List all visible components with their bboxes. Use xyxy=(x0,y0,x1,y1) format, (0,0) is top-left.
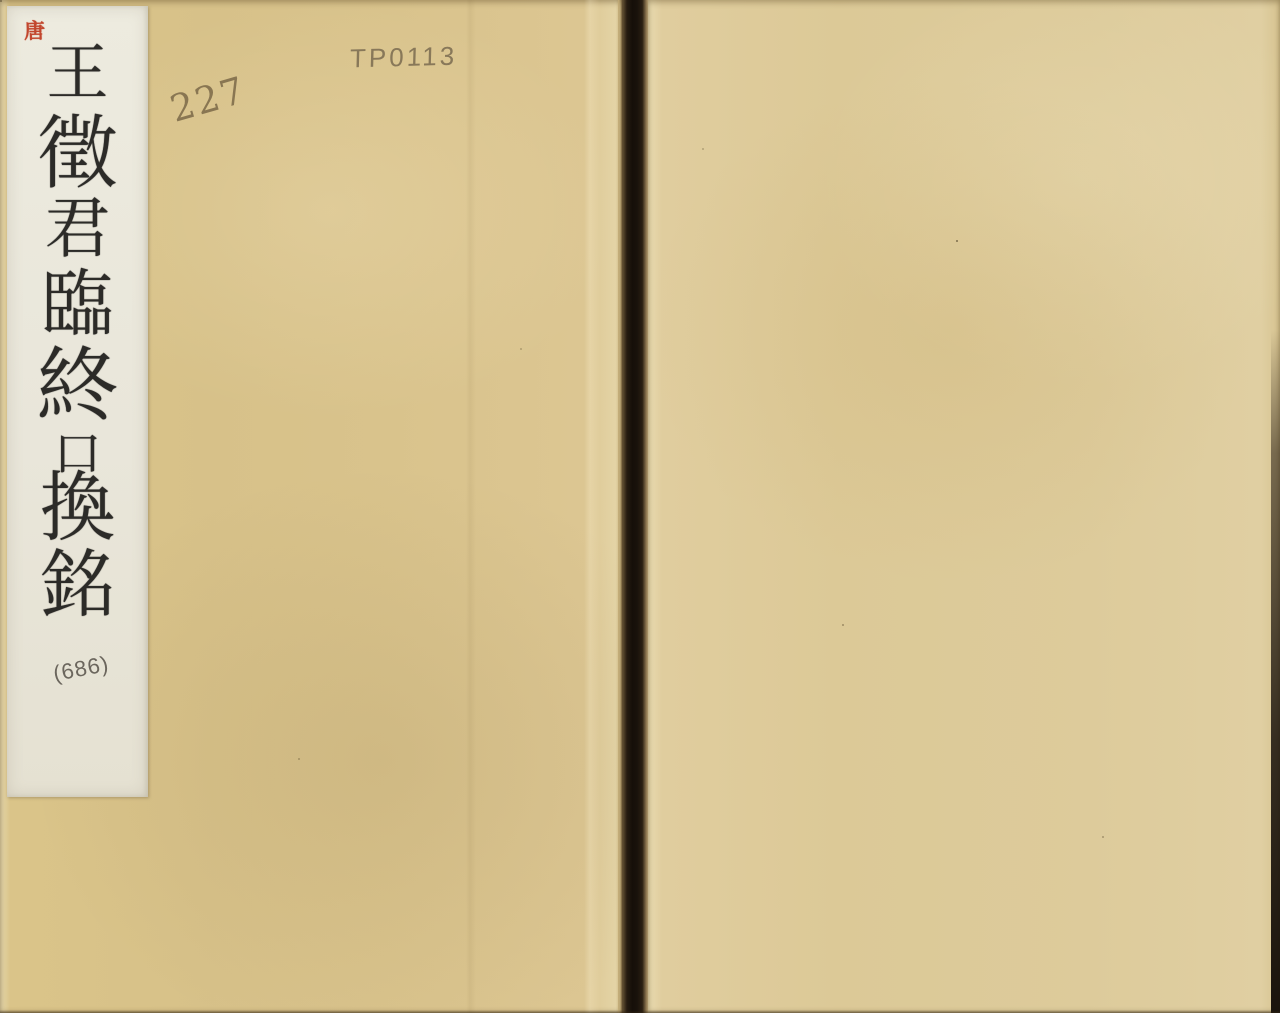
title-character: 王 xyxy=(7,42,148,104)
pencil-page-number: 227 xyxy=(166,68,252,130)
book-cover-scan: 唐 王 徵 君 臨 終 口 換 銘 (686) 227 TP0113 xyxy=(0,0,1280,1013)
red-seal-mark: 唐 xyxy=(24,20,46,42)
title-character: 終 xyxy=(7,346,148,428)
catalog-number-annotation: (686) xyxy=(51,651,111,687)
title-character: 銘 xyxy=(7,548,148,622)
title-character: 君 xyxy=(7,196,148,262)
right-cover-page xyxy=(648,0,1280,1013)
title-character: 換 xyxy=(7,470,148,546)
pencil-catalog-code: TP0113 xyxy=(350,41,458,75)
paper-specks xyxy=(0,0,2,2)
title-character: 臨 xyxy=(7,268,148,340)
title-character: 徵 xyxy=(7,114,148,194)
title-label-slip: 唐 王 徵 君 臨 終 口 換 銘 (686) xyxy=(7,6,148,797)
book-spine-gap xyxy=(618,0,650,1013)
left-cover-page: 唐 王 徵 君 臨 終 口 換 銘 (686) 227 TP0113 xyxy=(0,0,622,1013)
